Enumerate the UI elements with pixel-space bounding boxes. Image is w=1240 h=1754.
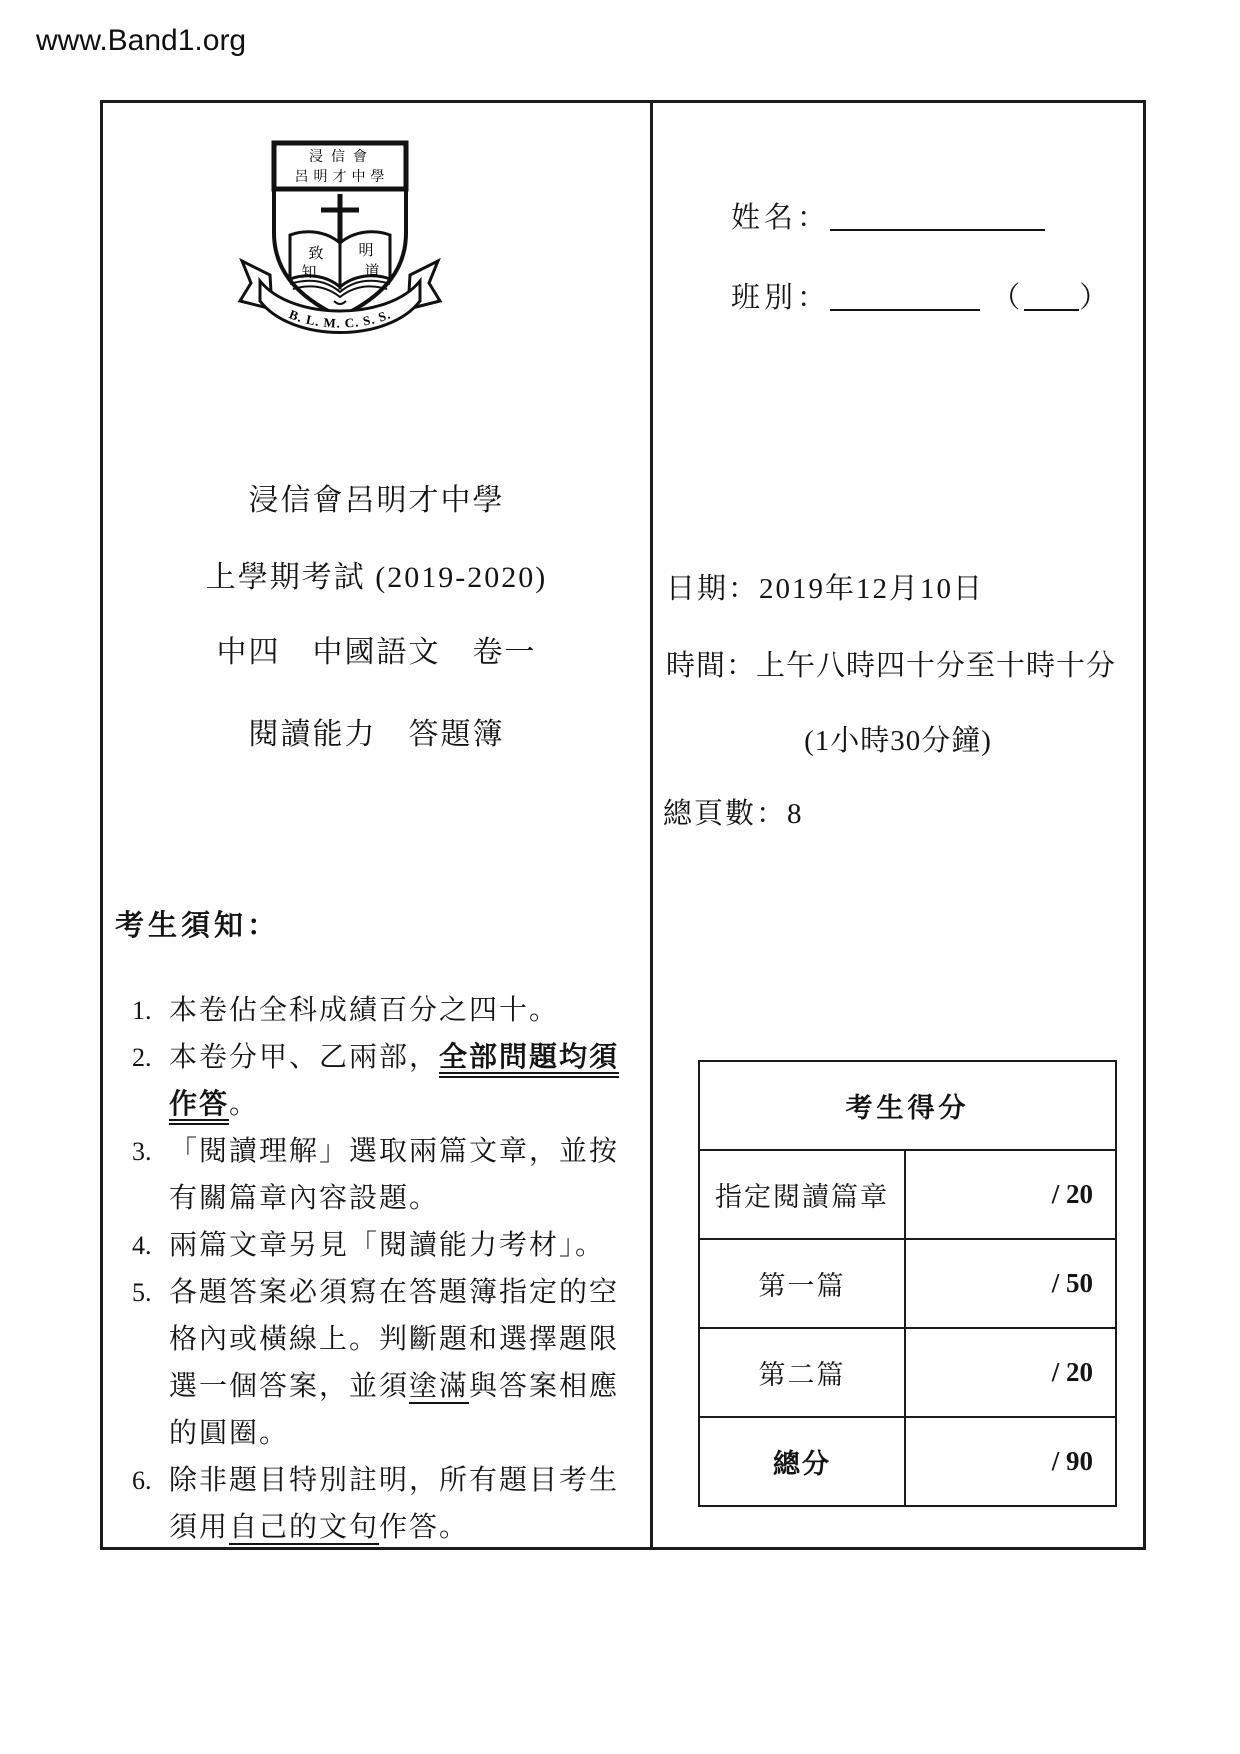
- score-total-label: 總分: [699, 1417, 905, 1506]
- subject-title: 中四 中國語文 卷一: [103, 627, 650, 671]
- score-label: 第二篇: [699, 1328, 905, 1417]
- exam-time: 時間：上午八時四十分至十時十分: [666, 643, 1116, 684]
- note-item-1: 1. 本卷佔全科成績百分之四十。: [132, 987, 646, 1034]
- crest-banner-line1: 浸信會: [309, 149, 375, 165]
- note-item-4: 4. 兩篇文章另見「閱讀能力考材」。: [132, 1222, 646, 1269]
- note-item-5: 5. 各題答案必須寫在答題簿指定的空格內或橫線上。判斷題和選擇題限選一個答案，並…: [132, 1269, 646, 1457]
- note-text: 除非題目特別註明，所有題目考生須用自己的文句作答。: [169, 1457, 646, 1551]
- book-text-left-top: 致: [308, 245, 323, 262]
- score-row: 指定閱讀篇章 / 20: [699, 1150, 1116, 1239]
- class-number-blank: [1024, 280, 1079, 311]
- score-table-header: 考生得分: [699, 1061, 1116, 1150]
- class-field-row: 班別： （）: [731, 275, 1112, 316]
- book-text-right-bottom: 道: [364, 263, 379, 280]
- notes-list: 1. 本卷佔全科成績百分之四十。 2. 本卷分甲、乙兩部，全部問題均須作答。 3…: [132, 987, 646, 1551]
- score-total-value: / 90: [905, 1417, 1116, 1506]
- exam-date: 日期：2019年12月10日: [666, 566, 984, 607]
- name-label: 姓名：: [731, 202, 830, 234]
- exam-cover-box: 浸信會 呂明才中學 致 知 明 道 B. L. M. C. S. S.: [100, 100, 1146, 1550]
- score-label: 指定閱讀篇章: [699, 1150, 905, 1239]
- paren-close: ）: [1079, 282, 1112, 314]
- note-item-6: 6. 除非題目特別註明，所有題目考生須用自己的文句作答。: [132, 1457, 646, 1551]
- note-number: 3.: [132, 1128, 169, 1222]
- crest-banner-line2: 呂明才中學: [295, 168, 390, 185]
- score-value: / 50: [905, 1239, 1116, 1328]
- note-text: 本卷分甲、乙兩部，全部問題均須作答。: [169, 1034, 646, 1128]
- school-crest: 浸信會 呂明才中學 致 知 明 道 B. L. M. C. S. S.: [230, 137, 450, 351]
- watermark: www.Band1.org: [36, 24, 246, 58]
- exam-duration: (1小時30分鐘): [653, 718, 1143, 759]
- book-text-left-bottom: 知: [301, 264, 316, 281]
- name-blank: [830, 200, 1045, 231]
- class-label: 班別：: [731, 282, 830, 314]
- note-text: 各題答案必須寫在答題簿指定的空格內或橫線上。判斷題和選擇題限選一個答案，並須塗滿…: [169, 1269, 646, 1457]
- note-text: 本卷佔全科成績百分之四十。: [169, 987, 646, 1034]
- note-item-2: 2. 本卷分甲、乙兩部，全部問題均須作答。: [132, 1034, 646, 1128]
- score-value: / 20: [905, 1328, 1116, 1417]
- page-count: 總頁數：8: [663, 791, 804, 832]
- note-number: 4.: [132, 1222, 169, 1269]
- score-row: 總分 / 90: [699, 1417, 1116, 1506]
- note-item-3: 3. 「閱讀理解」選取兩篇文章，並按有關篇章內容設題。: [132, 1128, 646, 1222]
- paren-open: （: [991, 282, 1024, 314]
- name-field-row: 姓名：: [731, 195, 1045, 236]
- book-text-right-top: 明: [358, 242, 373, 259]
- exam-cover-page: www.Band1.org 浸信會 呂明才中學 致: [0, 0, 1240, 1754]
- paper-title: 閱讀能力 答題簿: [103, 709, 650, 753]
- score-row: 第一篇 / 50: [699, 1239, 1116, 1328]
- school-title: 浸信會呂明才中學: [103, 475, 650, 519]
- score-label: 第一篇: [699, 1239, 905, 1328]
- score-value: / 20: [905, 1150, 1116, 1239]
- score-table: 考生得分 指定閱讀篇章 / 20 第一篇 / 50 第二篇 / 20 總分 / …: [698, 1060, 1117, 1507]
- note-number: 2.: [132, 1034, 169, 1128]
- note-underline: 自己的文句: [229, 1512, 379, 1543]
- notes-heading: 考生須知：: [115, 903, 280, 944]
- right-column: 姓名： 班別： （） 日期：2019年12月10日 時間：上午八時四十分至十時十…: [653, 103, 1143, 1547]
- note-number: 1.: [132, 987, 169, 1034]
- note-underline: 塗滿: [409, 1371, 469, 1402]
- score-table-header-row: 考生得分: [699, 1061, 1116, 1150]
- class-blank: [830, 280, 980, 311]
- left-column: 浸信會 呂明才中學 致 知 明 道 B. L. M. C. S. S.: [103, 103, 653, 1547]
- score-row: 第二篇 / 20: [699, 1328, 1116, 1417]
- exam-title: 上學期考試 (2019-2020): [103, 552, 650, 596]
- note-text: 「閱讀理解」選取兩篇文章，並按有關篇章內容設題。: [169, 1128, 646, 1222]
- note-number: 5.: [132, 1269, 169, 1457]
- note-text: 兩篇文章另見「閱讀能力考材」。: [169, 1222, 646, 1269]
- note-number: 6.: [132, 1457, 169, 1551]
